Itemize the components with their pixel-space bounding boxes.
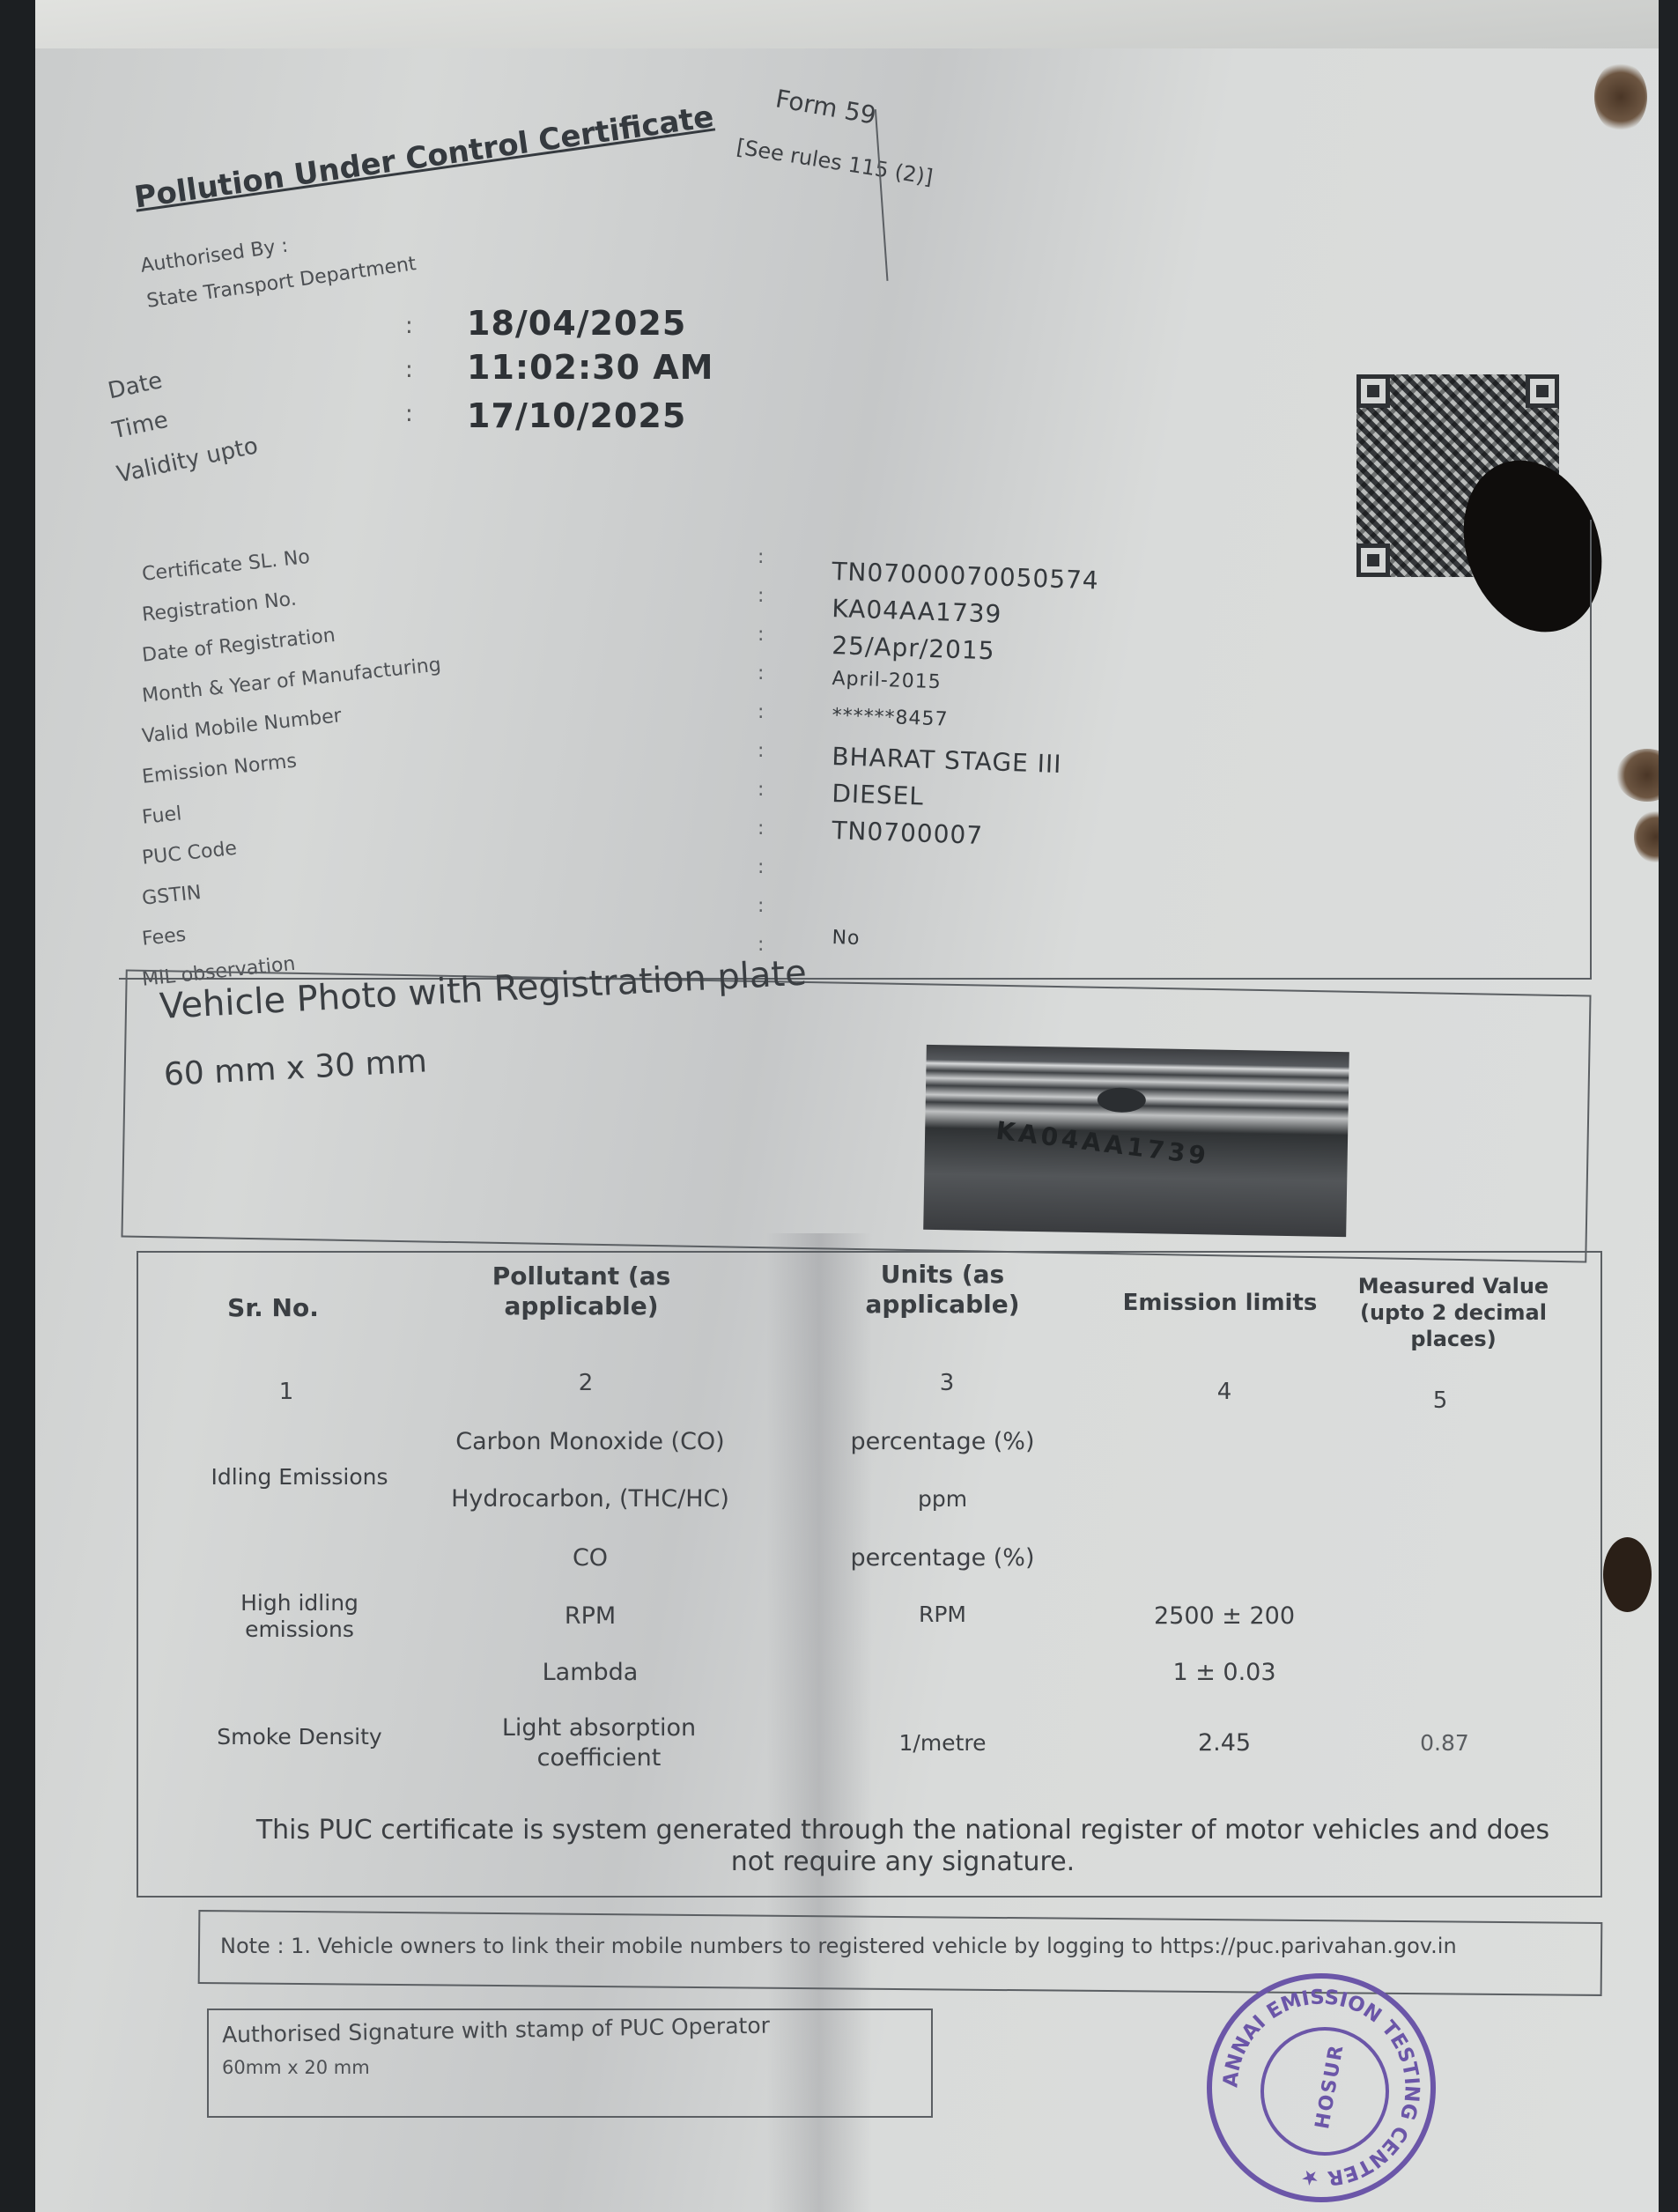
pollutant-cell: Lambda [414, 1658, 766, 1688]
certificate-paper: Form 59 [See rules 115 (2)] Pollution Un… [35, 0, 1665, 2212]
table-header-measured-value: Measured Value (upto 2 decimal places) [1330, 1273, 1577, 1352]
colon: : [758, 740, 764, 779]
table-header-units: Units (as applicable) [828, 1260, 1057, 1320]
qr-finder-icon [1526, 374, 1559, 408]
qr-finder-icon [1356, 374, 1390, 408]
system-generated-note: This PUC certificate is system generated… [247, 1815, 1559, 1878]
column-number: 5 [1427, 1387, 1453, 1414]
vehicle-photo: KA04AA1739 [923, 1045, 1349, 1237]
burn-spot [1603, 1537, 1652, 1612]
column-number: 4 [1211, 1379, 1238, 1405]
colon: : [758, 856, 764, 895]
unit-cell: percentage (%) [810, 1427, 1075, 1457]
column-number: 2 [573, 1370, 599, 1396]
colon: : [758, 817, 764, 856]
limit-cell: 2500 ± 200 [1110, 1602, 1339, 1631]
number-plate: KA04AA1739 [994, 1116, 1211, 1171]
unit-cell: 1/metre [828, 1728, 1057, 1758]
colon: : [758, 624, 764, 662]
colon: : [758, 895, 764, 934]
details-colons: : : : : : : : : : : : [758, 546, 764, 973]
time-colon: : [405, 357, 413, 383]
column-number: 3 [934, 1370, 960, 1396]
pollutant-cell: Carbon Monoxide (CO) [414, 1427, 766, 1457]
unit-cell: RPM [810, 1600, 1075, 1630]
group-idling-emissions: Idling Emissions [185, 1462, 414, 1492]
details-values: TN07000070050574 KA04AA1739 25/Apr/2015 … [832, 557, 1099, 964]
validity-value: 17/10/2025 [467, 396, 686, 435]
table-header-emission-limits: Emission limits [1105, 1288, 1334, 1318]
colon: : [758, 585, 764, 624]
colon: : [758, 546, 764, 585]
unit-cell: percentage (%) [810, 1543, 1075, 1573]
table-header-pollutant: Pollutant (as applicable) [423, 1261, 740, 1321]
signature-size: 60mm x 20 mm [222, 2057, 370, 2078]
date-colon: : [405, 313, 413, 339]
pollutant-cell: RPM [414, 1602, 766, 1631]
limit-cell: 2.45 [1110, 1728, 1339, 1758]
pollutant-cell: CO [414, 1543, 766, 1573]
colon: : [758, 701, 764, 740]
column-number: 1 [273, 1379, 299, 1405]
device-frame-edge [1659, 0, 1678, 2212]
group-smoke-density: Smoke Density [185, 1722, 414, 1752]
group-high-idling-emissions: High idling emissions [203, 1590, 396, 1643]
date-label: Date [106, 367, 165, 404]
date-value: 18/04/2025 [467, 304, 686, 343]
measured-value-cell: 0.87 [1356, 1728, 1533, 1758]
car-logo-icon [1098, 1087, 1146, 1113]
validity-colon: : [405, 401, 413, 427]
pollutant-cell: Hydrocarbon, (THC/HC) [414, 1484, 766, 1514]
operator-stamp: ANNAI EMISSION TESTING CENTER ★ HOSUR [1207, 1973, 1436, 2202]
limit-cell: 1 ± 0.03 [1110, 1658, 1339, 1688]
table-header-sr-no: Sr. No. [194, 1293, 352, 1323]
colon: : [758, 662, 764, 701]
unit-cell: ppm [810, 1484, 1075, 1514]
colon: : [758, 779, 764, 817]
pollutant-cell: Light absorption coefficient [458, 1713, 740, 1773]
validity-label: Validity upto [115, 433, 260, 488]
details-labels: Certificate SL. No Registration No. Date… [141, 564, 441, 1010]
mobile-link-note: Note : 1. Vehicle owners to link their m… [220, 1934, 1457, 1958]
time-label: Time [110, 407, 170, 445]
stain-mark [1594, 62, 1647, 132]
time-value: 11:02:30 AM [467, 348, 714, 387]
